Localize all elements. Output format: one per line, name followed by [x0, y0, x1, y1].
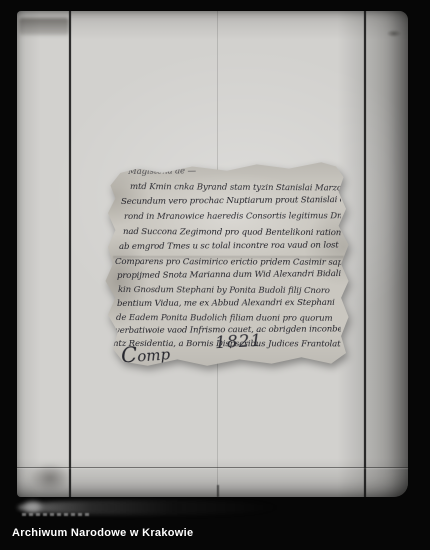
- handwriting-line: de Eadem Ponita Budolich filiam duoni pr…: [116, 313, 333, 324]
- page-smudge-top-left: [19, 18, 69, 35]
- handwriting-line: Comparens pro Casimirico erictio pridem …: [115, 257, 341, 268]
- film-edge-line-left: [69, 11, 71, 497]
- comp-mark: Comp: [120, 340, 170, 367]
- torn-paper-surface: Magistena ae —mtd Kmin cnka Byrand stam …: [103, 158, 351, 370]
- handwriting-line: mtd Kmin cnka Byrand stam tyzin Stanisla…: [130, 182, 341, 193]
- film-artifact-blob: [24, 502, 41, 512]
- handwriting-line: Secundum vero prochac Nuptiarum prout St…: [121, 195, 341, 207]
- archive-watermark: Archiwum Narodowe w Krakowie: [12, 527, 193, 539]
- page-smudge-top-right: [387, 30, 401, 37]
- handwriting-line: nad Succona Zegimond pro quod Bentelikon…: [123, 227, 341, 238]
- handwriting-line: Magistena ae —: [128, 166, 196, 177]
- page-crease-line: [17, 467, 408, 468]
- handwriting-line: ab emgrod Tmes u sc tolal incontre roa v…: [119, 240, 339, 252]
- film-edge-line-right: [364, 11, 366, 497]
- page-fold-tick: [217, 485, 219, 497]
- handwriting-line: bentium Vidua, me ex Abbud Alexandri ex …: [117, 298, 335, 309]
- torn-paper: Magistena ae —mtd Kmin cnka Byrand stam …: [103, 158, 351, 370]
- film-artifact-marks: [22, 513, 90, 516]
- handwriting-line: propijmed Snota Marianna dum Wid Alexand…: [117, 269, 341, 281]
- handwriting-line: rond in Mranowice haeredis Consortis leg…: [124, 211, 341, 222]
- handwriting-line: kin Gnosdum Stephani by Ponita Budoli fi…: [118, 285, 330, 296]
- year-mark: 1821: [215, 331, 263, 353]
